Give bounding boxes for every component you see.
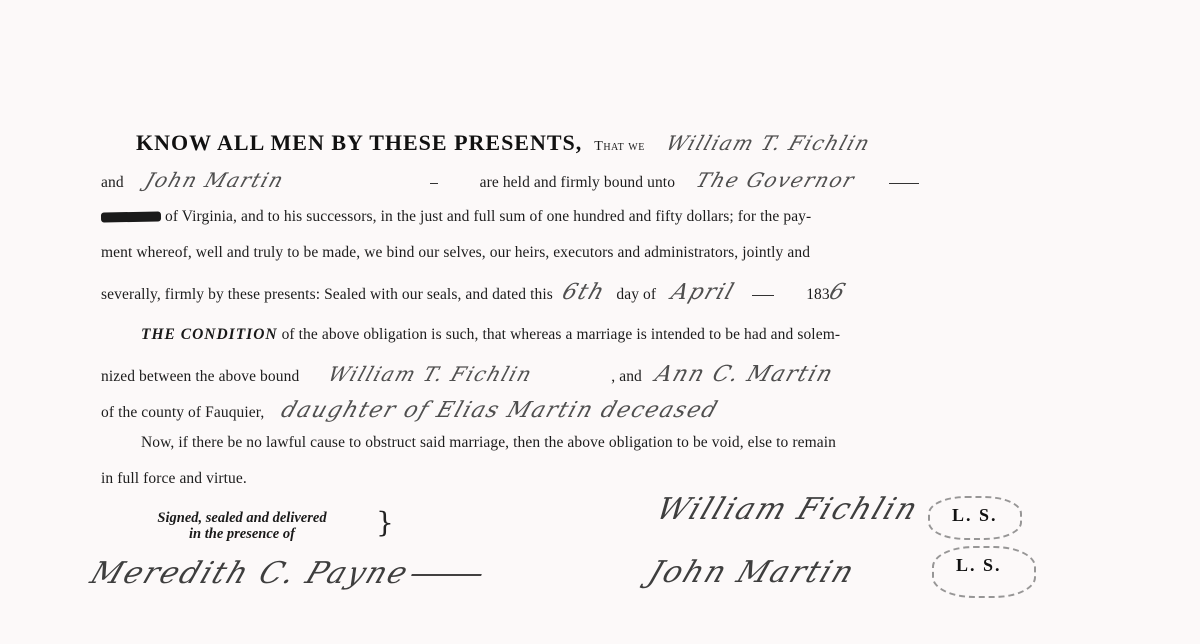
line-3-text: of Virginia, and to his successors, in t… <box>165 208 811 225</box>
bride-handwritten: Ann C. Martin <box>652 362 837 387</box>
line-8-prefix: of the county of Fauquier, <box>101 404 264 421</box>
attestation-block: Signed, sealed and delivered in the pres… <box>112 510 372 542</box>
bride-description-handwritten: daughter of Elias Martin deceased <box>278 398 722 423</box>
line-5: severally, firmly by these presents: Sea… <box>101 280 844 305</box>
line-9-text: Now, if there be no lawful cause to obst… <box>141 434 836 451</box>
attestation-line-2: in the presence of <box>112 526 372 542</box>
line-9: Now, if there be no lawful cause to obst… <box>141 434 836 452</box>
heading-suffix: That we <box>594 139 645 154</box>
seal-1-ls: L. S. <box>952 505 998 526</box>
signature-underline <box>411 574 482 576</box>
signature-john-martin: John Martin <box>644 555 861 590</box>
heading-line: KNOW ALL MEN BY THESE PRESENTS, That we … <box>136 130 870 156</box>
signature-2-text: John Martin <box>644 555 861 590</box>
line-10-text: in full force and virtue. <box>101 470 247 487</box>
document-heading: KNOW ALL MEN BY THESE PRESENTS, <box>136 130 582 155</box>
line-2-text: are held and firmly bound unto <box>480 174 675 191</box>
line-6-text: of the above obligation is such, that wh… <box>282 326 841 343</box>
line-10: in full force and virtue. <box>101 470 247 488</box>
month-handwritten: April <box>668 280 738 305</box>
line-6: THE CONDITION of the above obligation is… <box>141 326 840 344</box>
line-5-mid: day of <box>616 286 656 303</box>
struck-out-word <box>101 212 161 223</box>
attestation-line-1: Signed, sealed and delivered <box>112 510 372 526</box>
line-8: of the county of Fauquier, daughter of E… <box>101 398 718 423</box>
line-3: of Virginia, and to his successors, in t… <box>101 208 811 226</box>
witness-signature-text: Meredith C. Payne <box>86 556 415 591</box>
line-7: nized between the above bound William T.… <box>101 362 833 387</box>
line-4-text: ment whereof, well and truly to be made,… <box>101 244 810 261</box>
signature-1-text: William Fichlin <box>652 492 924 527</box>
blank-dash <box>430 183 438 184</box>
groom-handwritten: William T. Fichlin <box>325 362 593 386</box>
witness-signature: Meredith C. Payne <box>86 556 489 591</box>
year-handwritten-digit: 6 <box>826 280 848 305</box>
line-5-text: severally, firmly by these presents: Sea… <box>101 286 553 303</box>
day-handwritten: 6th <box>559 280 609 305</box>
condition-label: THE CONDITION <box>141 326 278 343</box>
obligee-handwritten: The Governor <box>693 168 858 192</box>
blank-dash <box>889 183 919 184</box>
blank-dash <box>752 295 774 296</box>
obligor-2-handwritten: John Martin <box>142 168 400 192</box>
line-7-prefix: nized between the above bound <box>101 368 299 385</box>
line-4: ment whereof, well and truly to be made,… <box>101 244 810 262</box>
brace-symbol: } <box>376 506 394 539</box>
line-2: and John Martin are held and firmly boun… <box>101 168 925 192</box>
signature-william-fichlin: William Fichlin <box>652 492 924 527</box>
line-7-mid: , and <box>611 368 642 385</box>
marriage-bond-document: KNOW ALL MEN BY THESE PRESENTS, That we … <box>0 0 1200 644</box>
obligor-1-handwritten: William T. Fichlin <box>663 131 874 155</box>
seal-2-ls: L. S. <box>956 555 1002 576</box>
line-2-prefix: and <box>101 174 124 191</box>
